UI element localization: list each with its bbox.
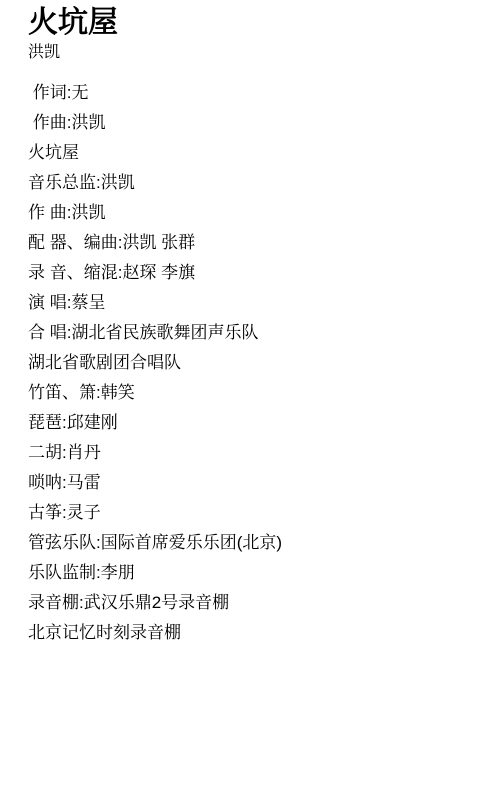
- song-credits-page: 火坑屋 洪凯 作词:无 作曲:洪凯火坑屋音乐总监:洪凯作 曲:洪凯配 器、编曲:…: [0, 0, 500, 790]
- credit-line: 琵琶:邱建刚: [28, 408, 480, 438]
- credit-line: 唢呐:马雷: [28, 468, 480, 498]
- credit-line: 演 唱:蔡呈: [28, 288, 480, 318]
- credit-line: 二胡:肖丹: [28, 438, 480, 468]
- credit-line: 录 音、缩混:赵琛 李旗: [28, 258, 480, 288]
- credit-line: 作 曲:洪凯: [28, 198, 480, 228]
- credit-line: 乐队监制:李朋: [28, 558, 480, 588]
- credits-list: 作词:无 作曲:洪凯火坑屋音乐总监:洪凯作 曲:洪凯配 器、编曲:洪凯 张群录 …: [28, 78, 480, 648]
- credit-line: 竹笛、箫:韩笑: [28, 378, 480, 408]
- credit-line: 北京记忆时刻录音棚: [28, 618, 480, 648]
- credit-line: 录音棚:武汉乐鼎2号录音棚: [28, 588, 480, 618]
- artist-name: 洪凯: [28, 42, 480, 63]
- credit-line: 古筝:灵子: [28, 498, 480, 528]
- credit-line: 湖北省歌剧团合唱队: [28, 348, 480, 378]
- song-title: 火坑屋: [28, 4, 480, 42]
- credit-line: 配 器、编曲:洪凯 张群: [28, 228, 480, 258]
- credit-line: 音乐总监:洪凯: [28, 168, 480, 198]
- credit-line: 合 唱:湖北省民族歌舞团声乐队: [28, 318, 480, 348]
- credit-line: 火坑屋: [28, 138, 480, 168]
- credit-line: 作曲:洪凯: [28, 108, 480, 138]
- credit-line: 管弦乐队:国际首席爱乐乐团(北京): [28, 528, 480, 558]
- credit-line: 作词:无: [28, 78, 480, 108]
